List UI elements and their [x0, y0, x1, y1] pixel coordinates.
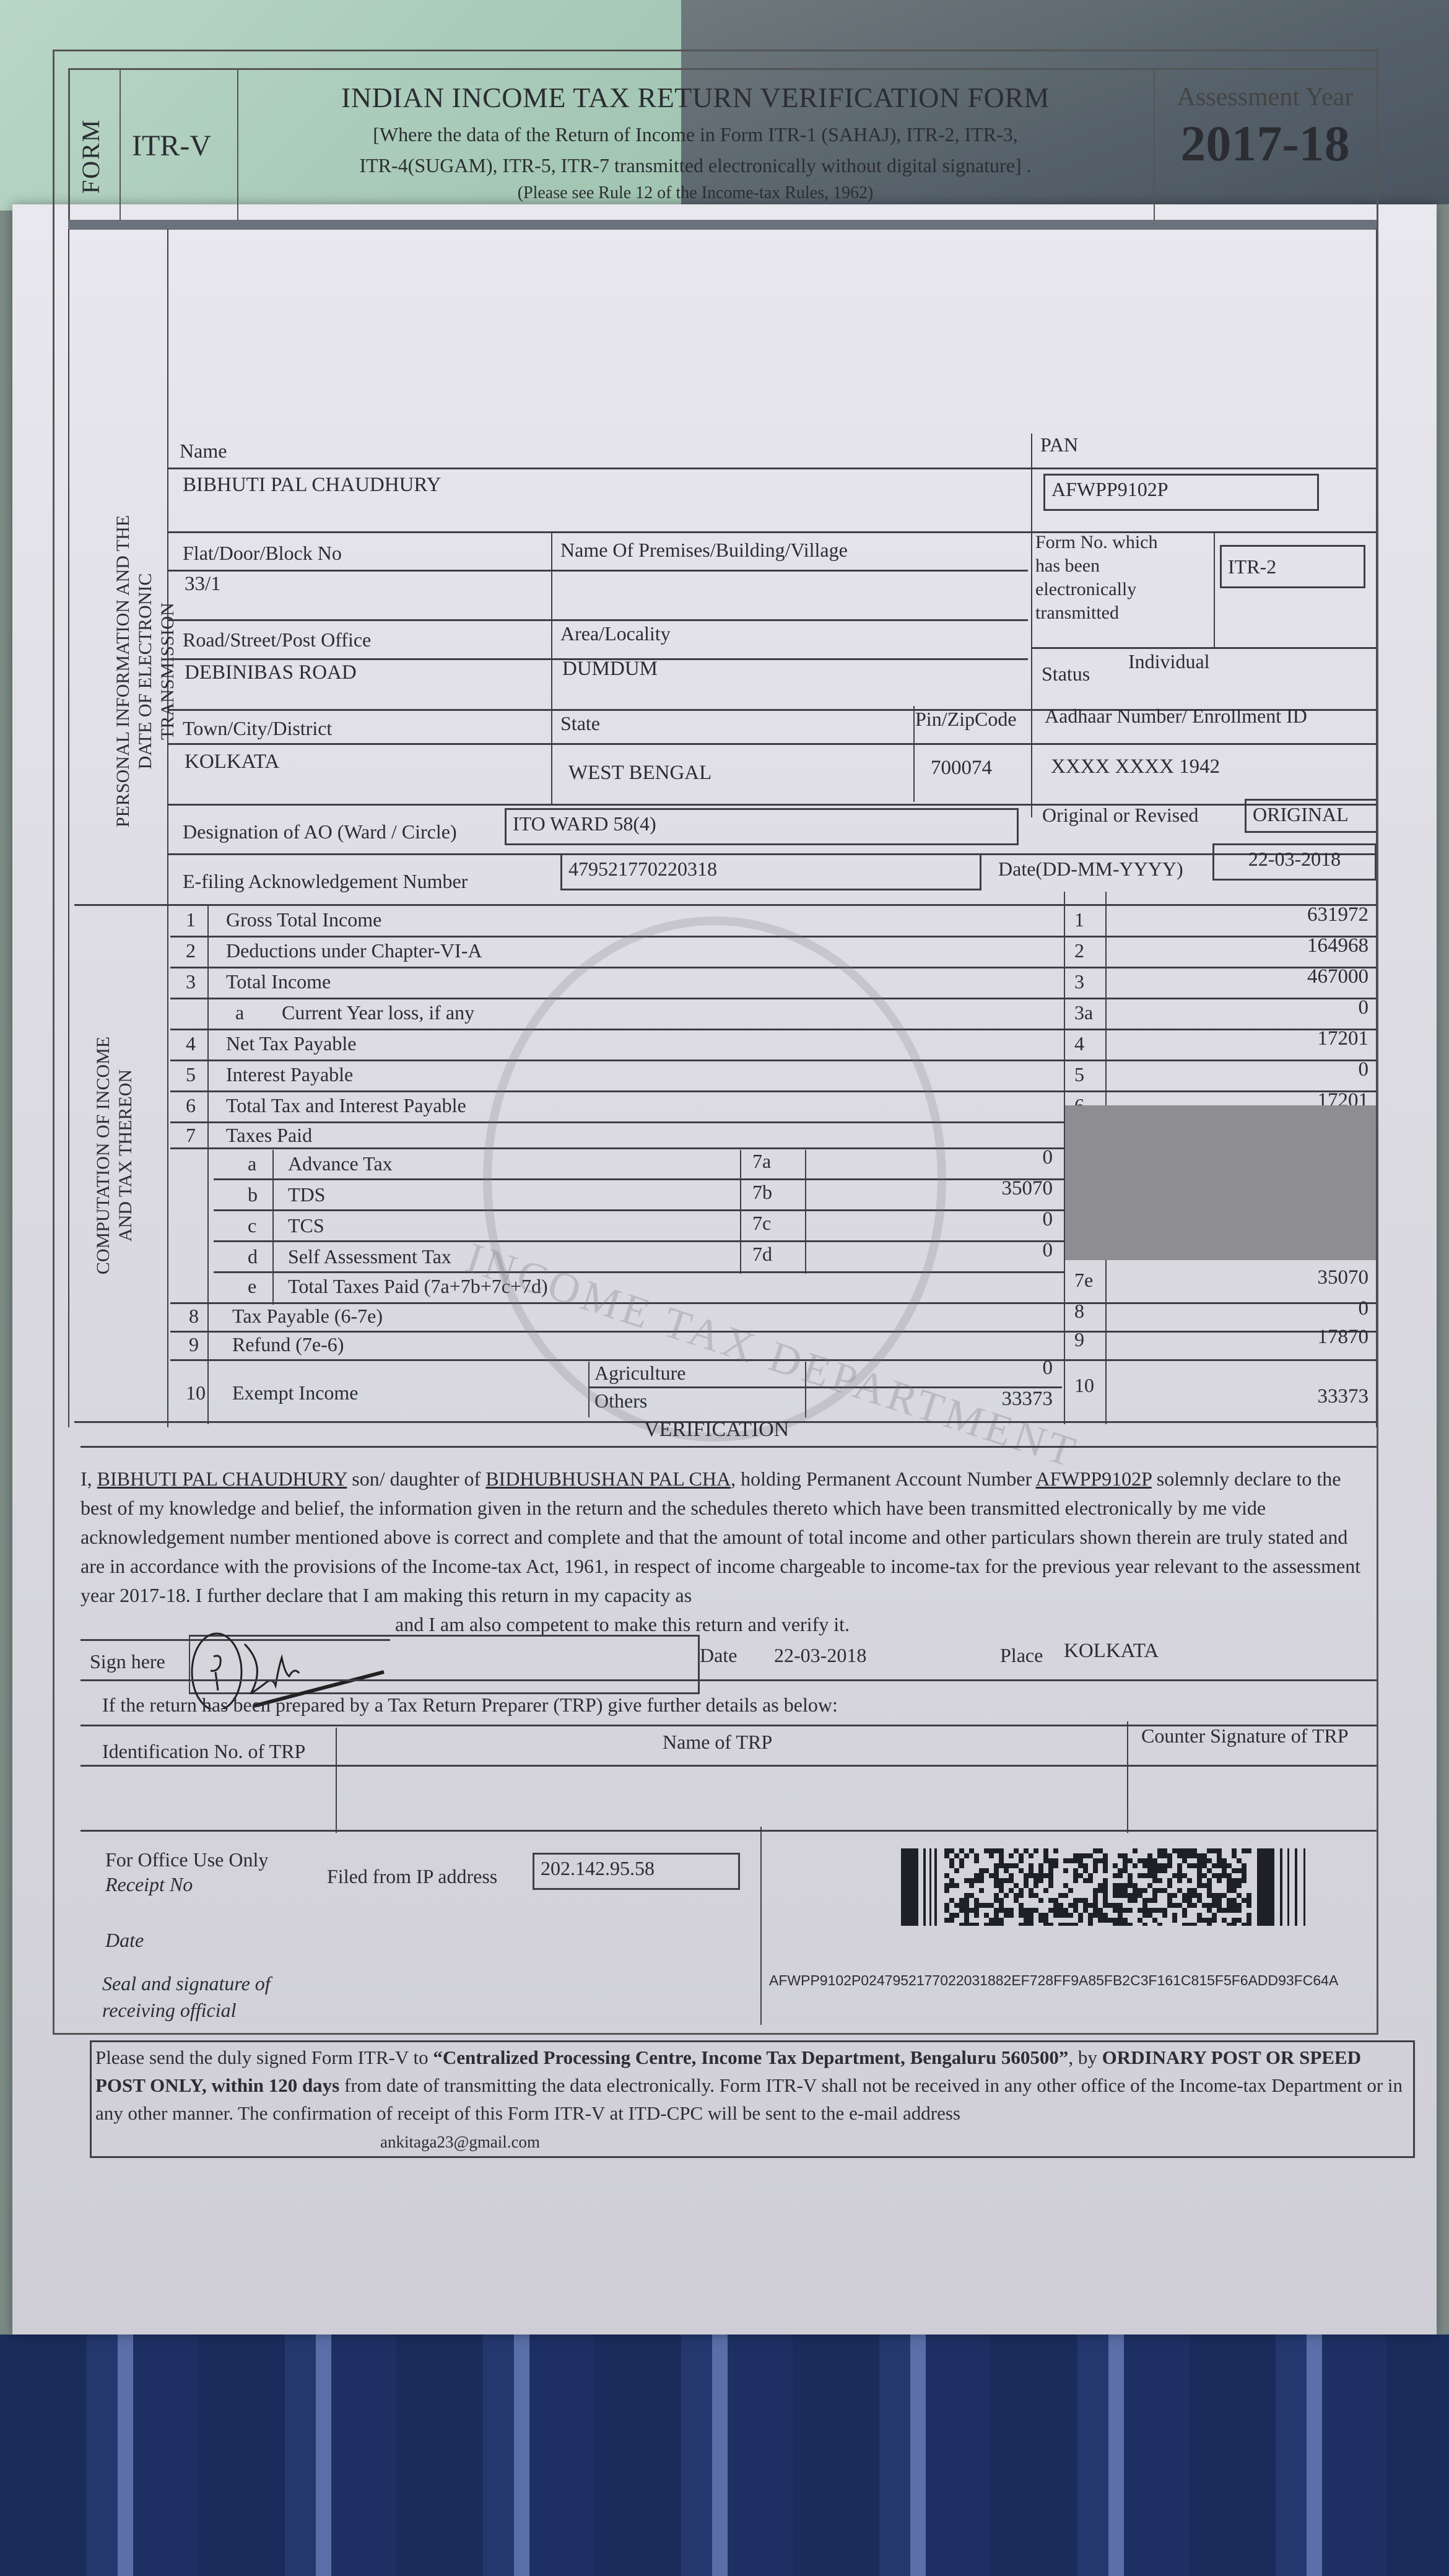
background-cloth-blue: [0, 2334, 1449, 2576]
dispatch-notice: Please send the duly signed Form ITR-V t…: [90, 2040, 1415, 2158]
outer-frame: [53, 50, 1378, 2035]
email-link[interactable]: ankitaga23@gmail.com: [380, 2128, 540, 2156]
